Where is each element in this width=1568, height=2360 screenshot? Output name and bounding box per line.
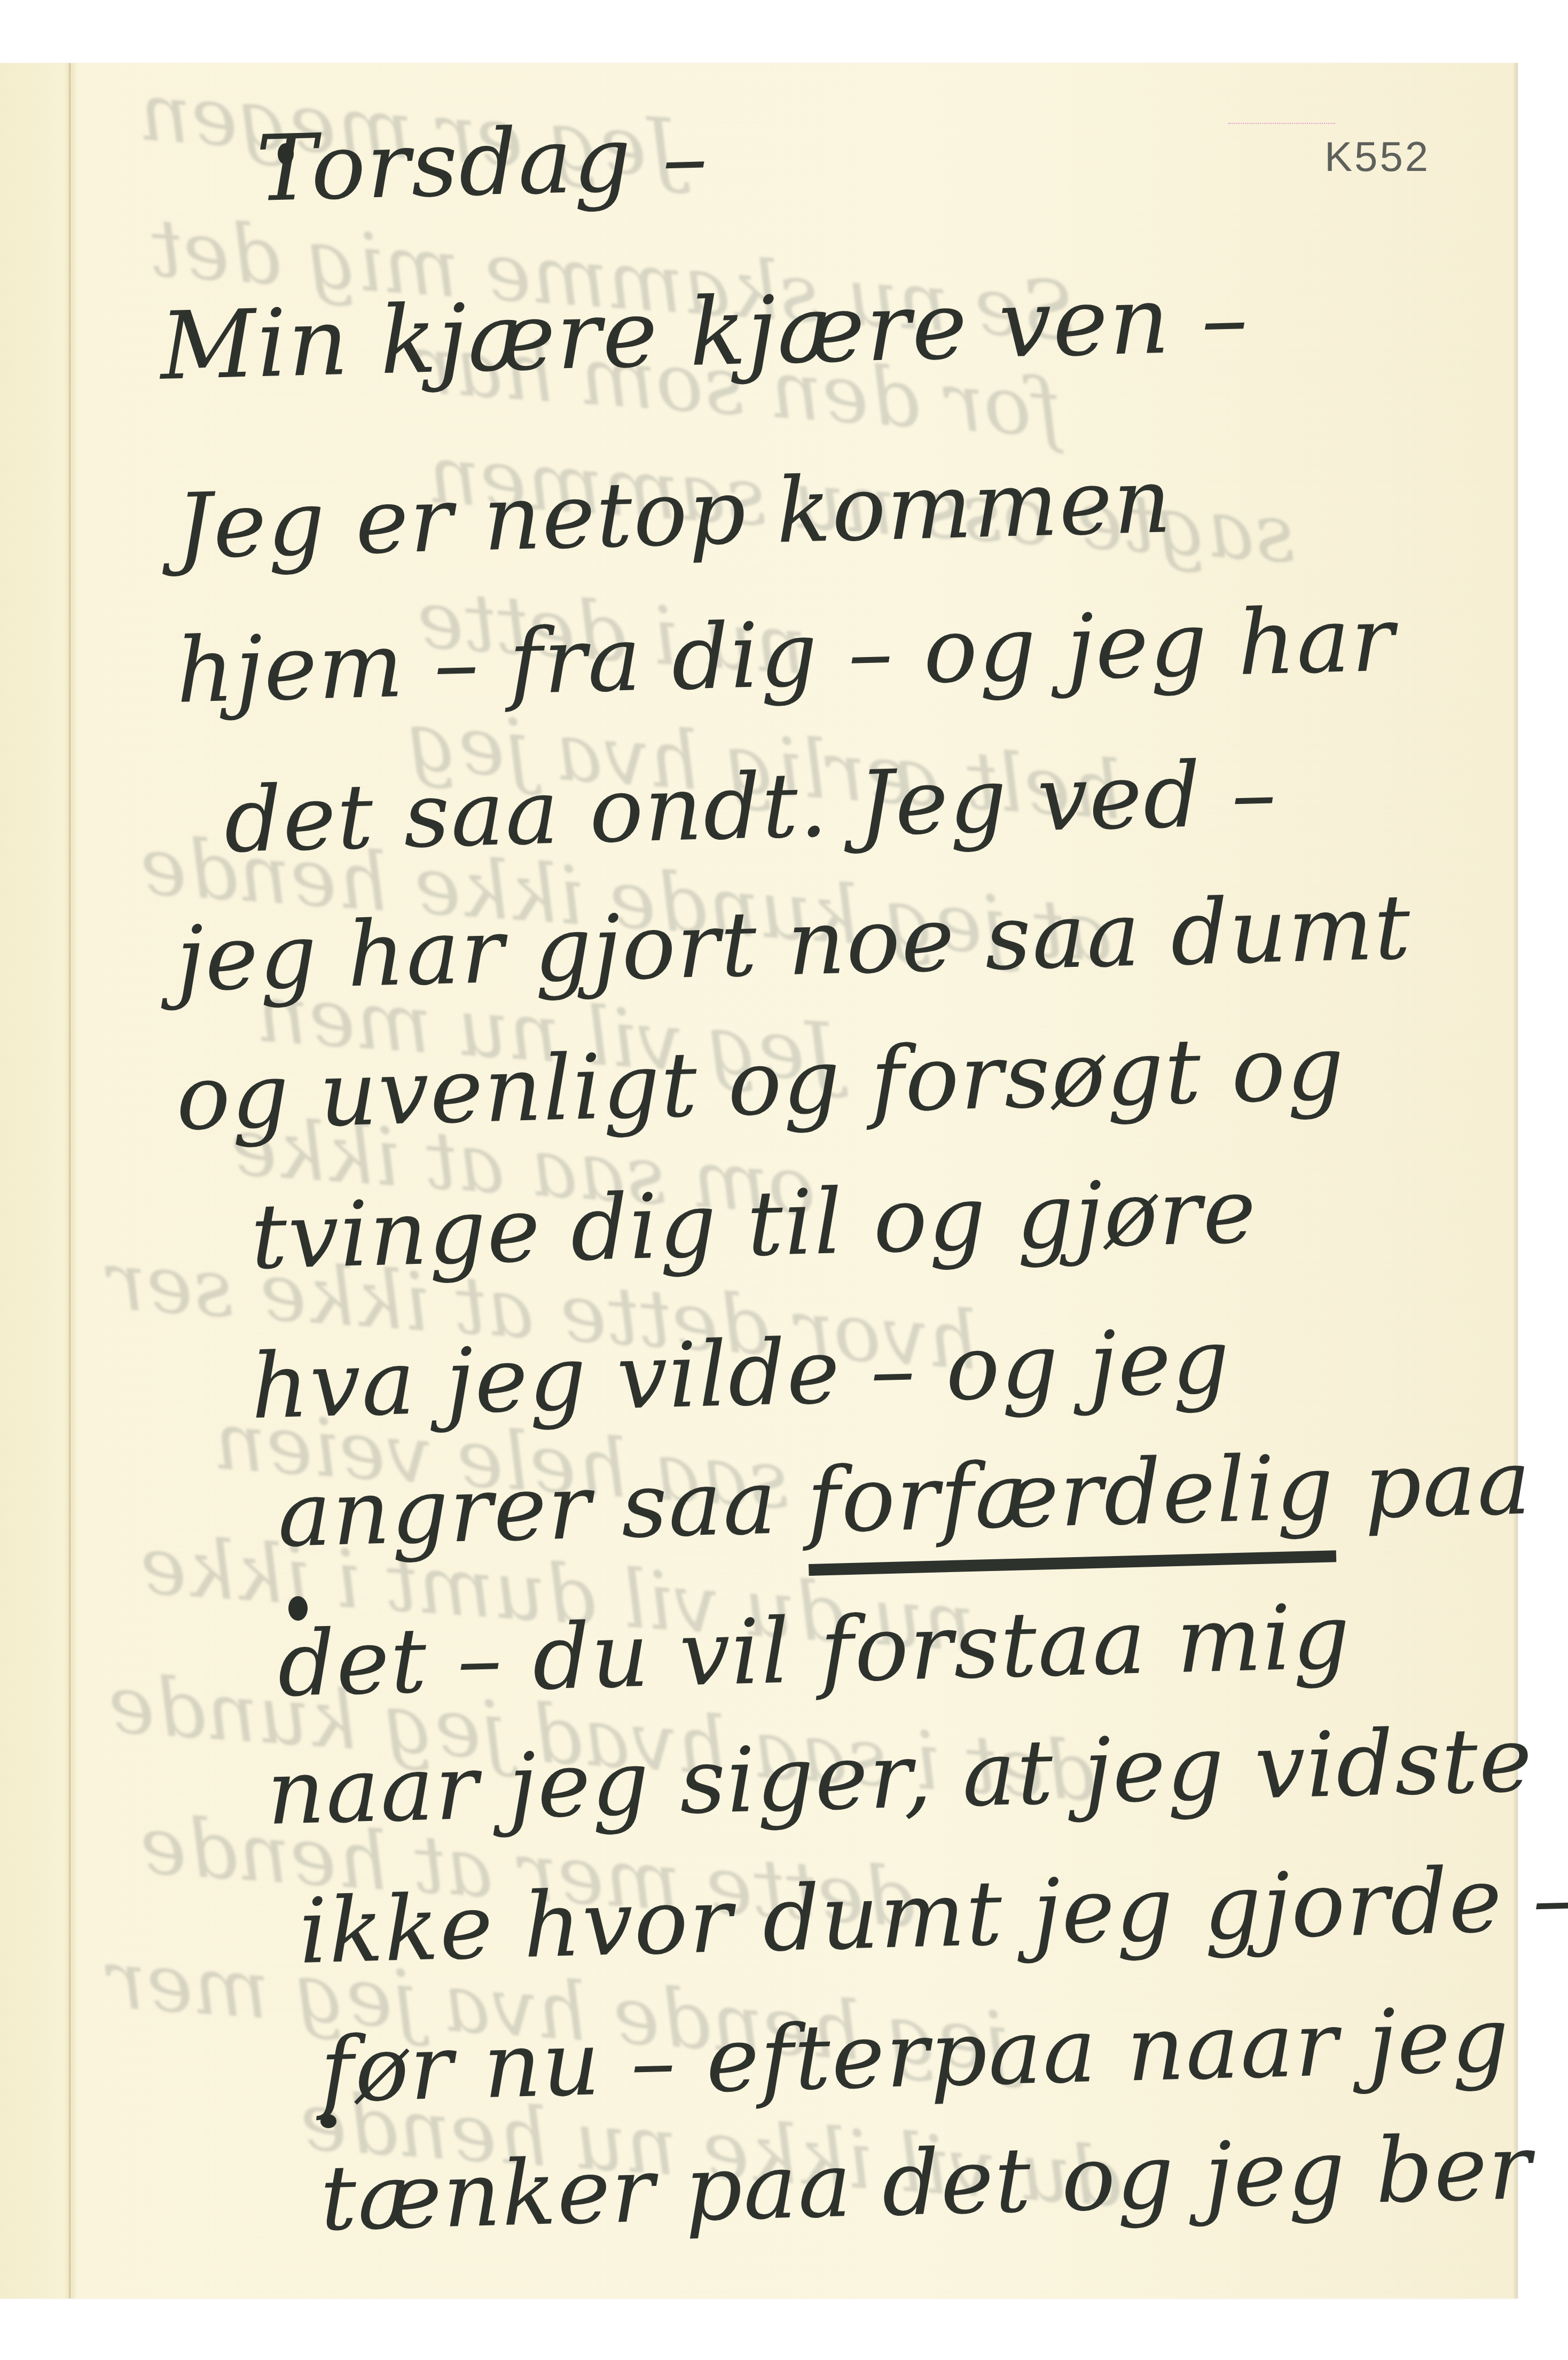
letter-line: og uvenligt og forsøgt og — [175, 1015, 1346, 1151]
letter-line: tvinge dig til og gjøre — [249, 1159, 1258, 1290]
underlined-word: forfærdelig — [805, 1435, 1336, 1553]
ink-blot — [320, 2114, 336, 2128]
letter-line-emphasis: angrer saa forfærdelig paa — [276, 1430, 1533, 1567]
letter-line: det – du vil forstaa mig — [276, 1584, 1352, 1717]
text-segment: angrer saa — [276, 1449, 808, 1567]
letter-line: det saa ondt. Jeg ved – — [223, 740, 1278, 873]
ink-blot — [288, 1596, 308, 1621]
letter-line: hva jeg vilde – og jeg — [249, 1309, 1232, 1439]
letter-page: K552 Jeg er megen Se nu skamme mig det f… — [0, 63, 1518, 2299]
ink-blot — [278, 143, 294, 165]
letter-line: hjem – fra dig – og jeg har — [175, 587, 1396, 723]
letter-line: jeg har gjort noe saa dumt — [175, 874, 1413, 1011]
letter-greeting: Min kjære kjære ven – — [159, 264, 1250, 401]
letter-date: Torsdag – — [255, 105, 710, 222]
letter-line: Jeg er netop kommen — [175, 448, 1173, 579]
letter-line: naar jeg siger, at jeg vidste — [265, 1707, 1534, 1845]
letter-text: Torsdag – Min kjære kjære ven – Jeg er n… — [0, 63, 1518, 2299]
letter-line: tænker paa det og jeg ber — [319, 2115, 1533, 2251]
letter-line: ikke hvor dumt jeg gjorde – — [297, 1846, 1568, 1984]
text-segment: paa — [1333, 1430, 1533, 1540]
letter-line: før nu – efterpaa naar jeg — [319, 1987, 1511, 2123]
